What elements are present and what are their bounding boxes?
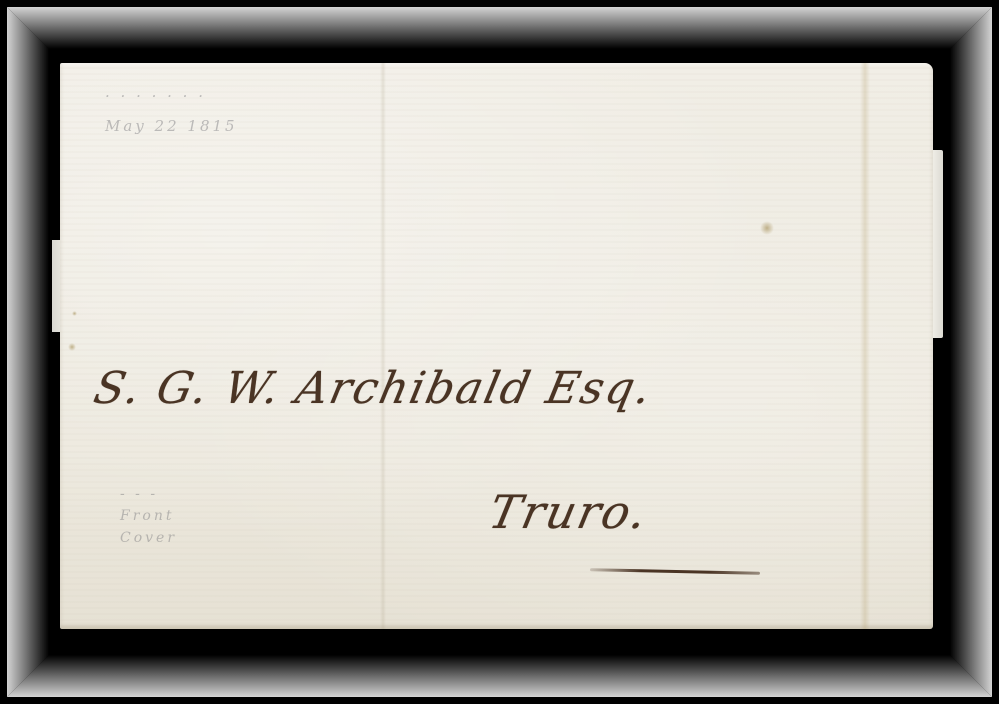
fold-line-stained	[860, 63, 870, 629]
fold-line	[380, 63, 386, 629]
pencil-note-line: - - -	[120, 483, 177, 505]
pencil-note-line: May 22 1815	[105, 111, 238, 141]
foxing-spot	[72, 311, 77, 316]
folded-letter: · · · · · · · May 22 1815 - - - Front Co…	[60, 63, 933, 629]
pencil-note-line: Cover	[120, 527, 177, 549]
pencil-note-line: Front	[120, 505, 177, 527]
foxing-spot	[760, 221, 774, 235]
address-underline	[590, 568, 760, 575]
address-town: Truro.	[484, 485, 653, 539]
bevel-bottom	[7, 655, 992, 697]
bevel-left	[7, 7, 49, 697]
bevel-right	[950, 7, 992, 697]
pencil-note-description: - - - Front Cover	[120, 483, 177, 549]
bevel-top	[7, 7, 992, 49]
address-addressee: S. G. W. Archibald Esq.	[90, 363, 658, 414]
pencil-note-date: · · · · · · · May 22 1815	[105, 81, 238, 141]
pencil-note-line: · · · · · · ·	[105, 81, 238, 111]
foxing-spot	[68, 343, 76, 351]
